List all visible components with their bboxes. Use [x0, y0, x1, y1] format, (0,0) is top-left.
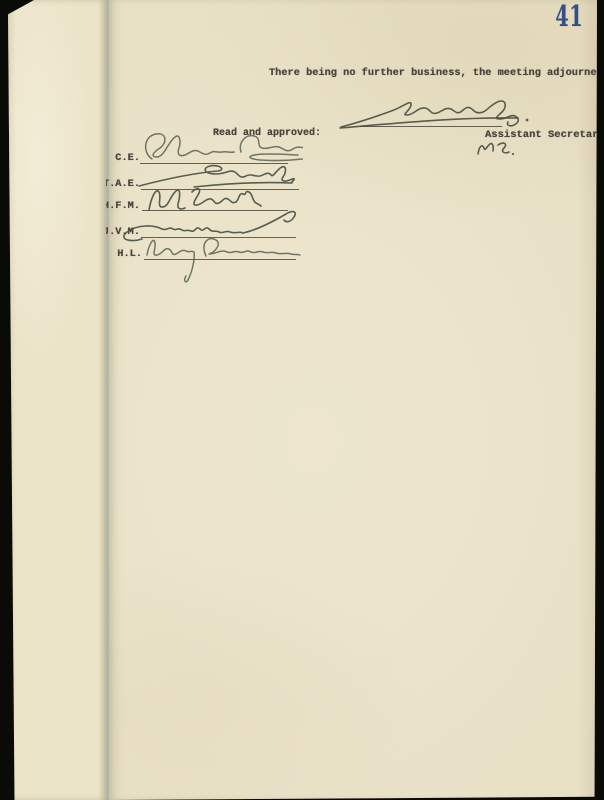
underlying-page-edge [8, 0, 108, 800]
page-number: 41 [555, 2, 583, 31]
scanned-document: 41 There being no further business, the … [0, 0, 604, 800]
document-page: 41 There being no further business, the … [106, 0, 597, 800]
assistant-secretary-signature [338, 94, 533, 134]
adjournment-text: There being no further business, the mee… [269, 67, 604, 79]
secretary-signature-line [360, 126, 502, 127]
signature-henry-lanahan [138, 234, 303, 286]
handwritten-initials-note [474, 138, 516, 160]
